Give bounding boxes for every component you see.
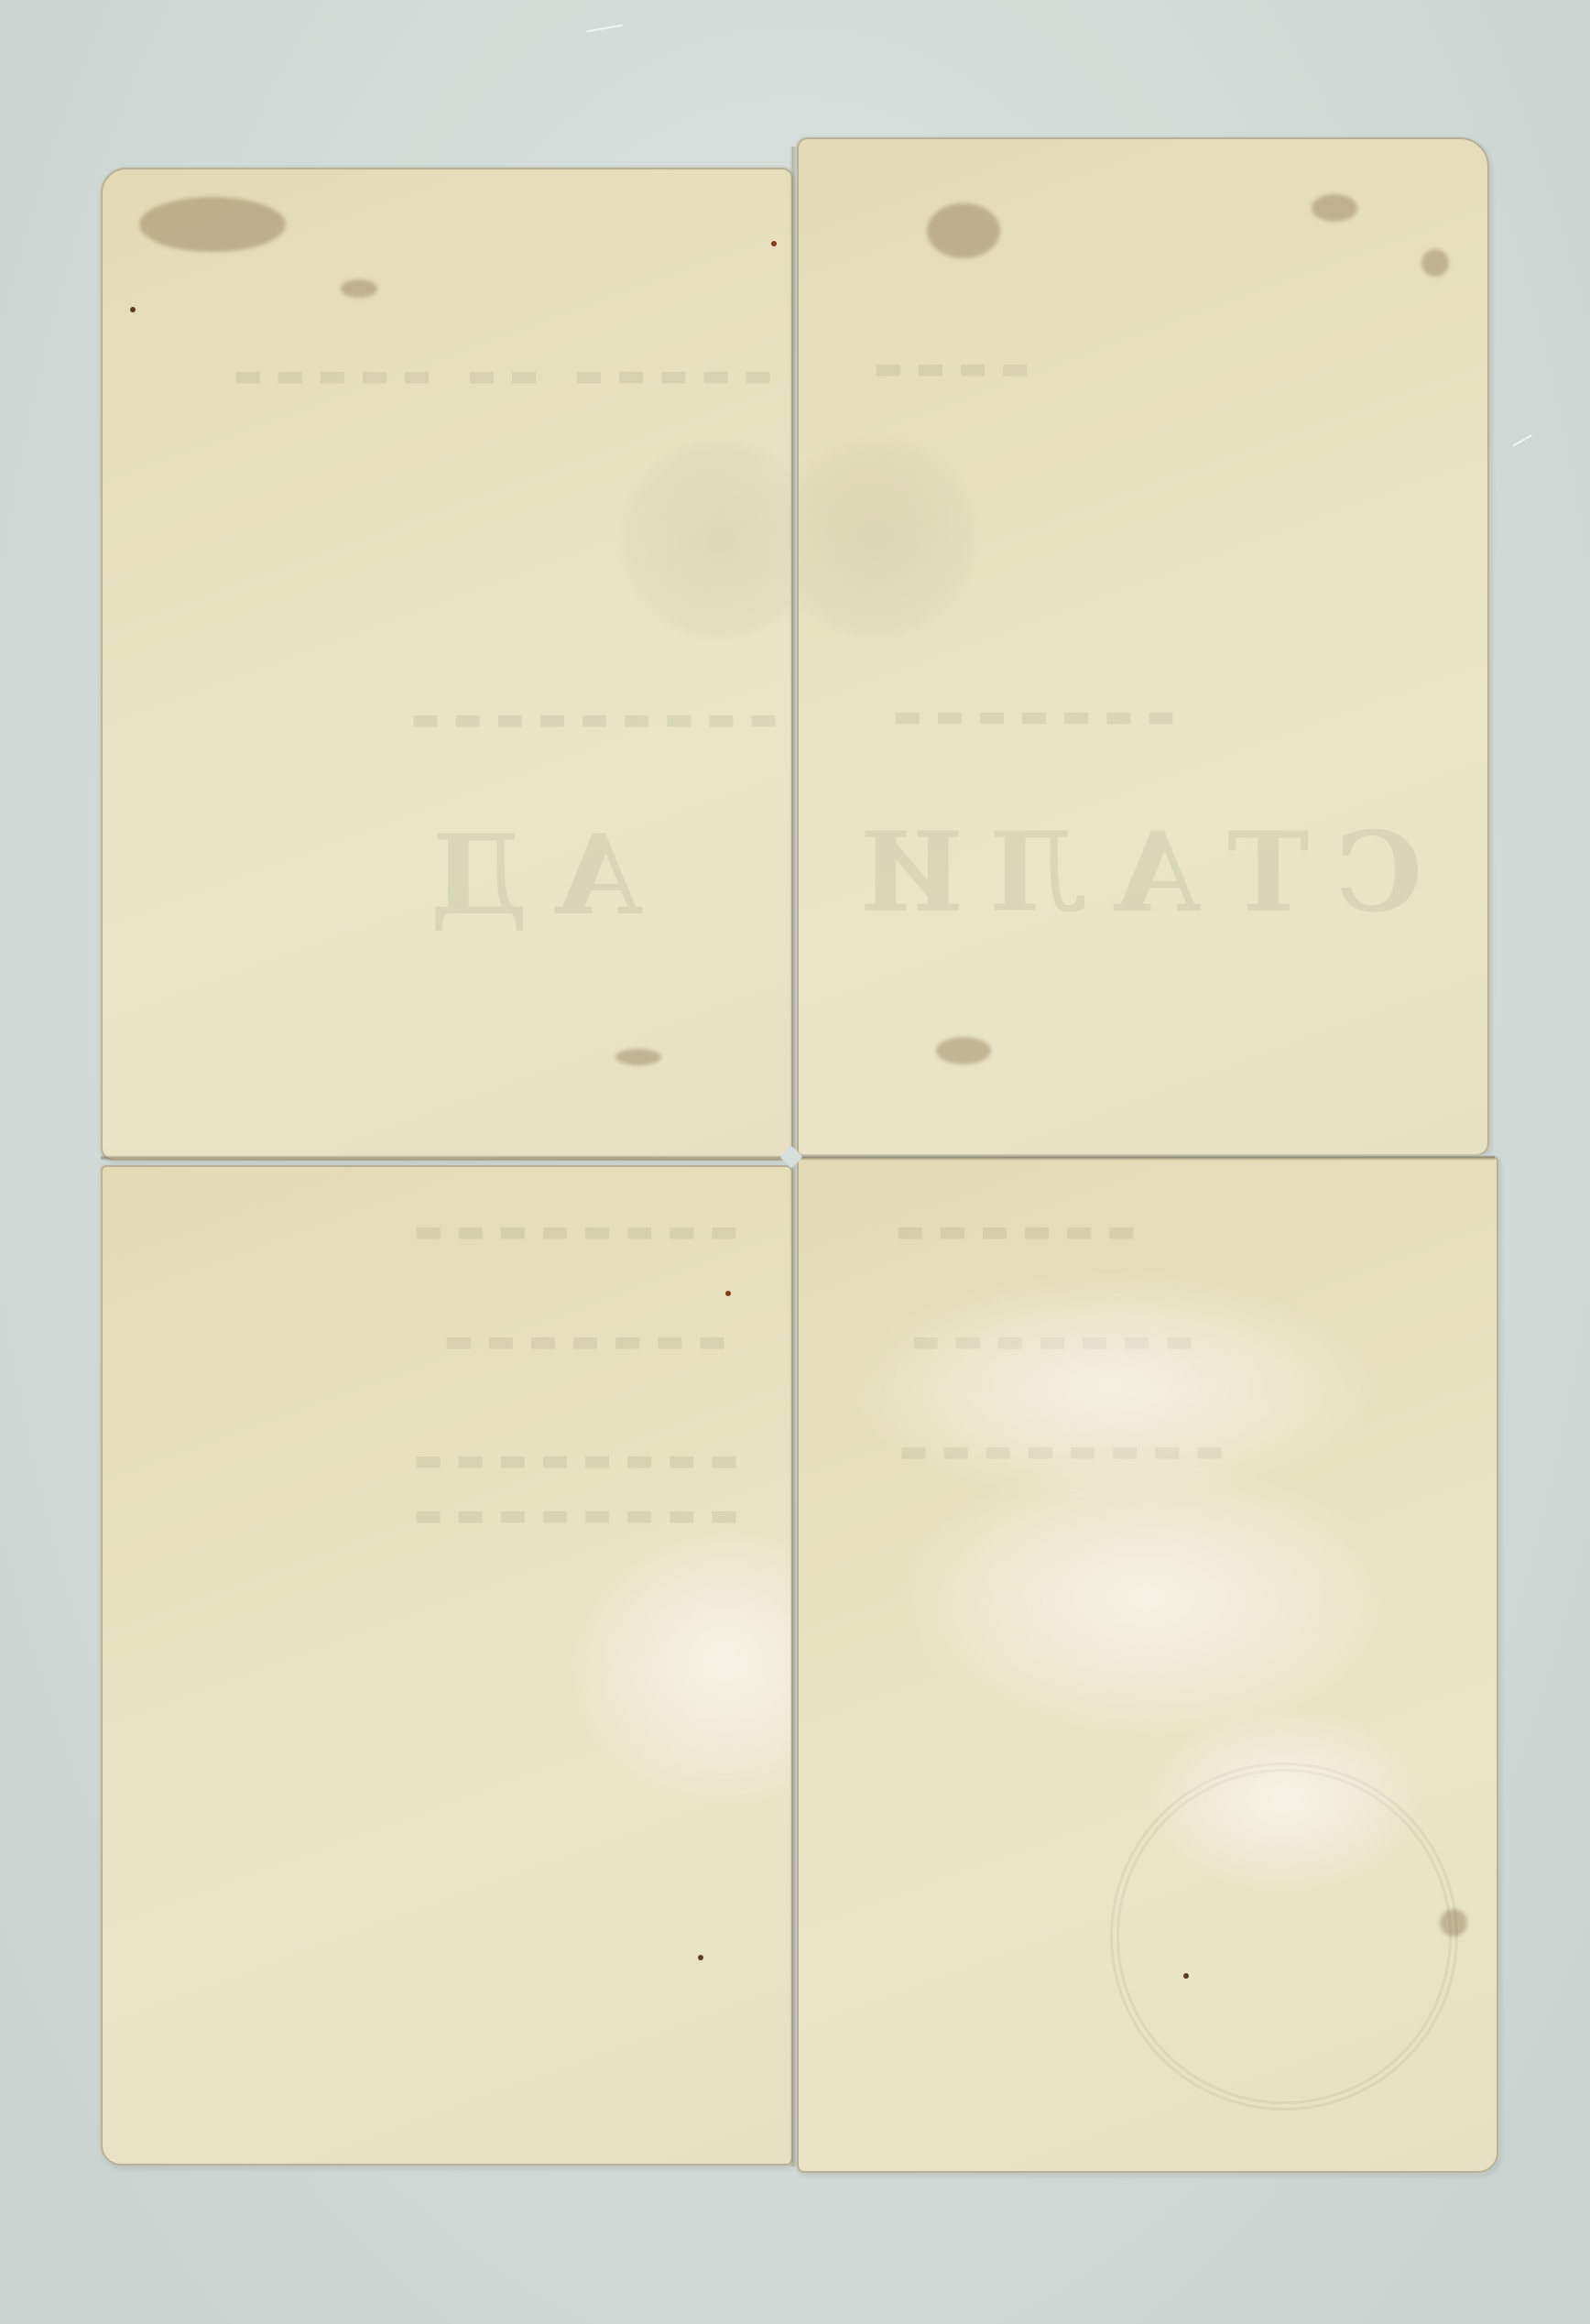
stain <box>936 1037 991 1064</box>
stain <box>1421 249 1449 277</box>
glare <box>1147 1708 1421 1891</box>
stain <box>139 197 286 252</box>
show-through-emblem <box>615 435 793 646</box>
show-through-text: ▬▬▬▬▬▬▬▬▬ <box>377 701 793 737</box>
show-through-text: ▬▬▬▬▬▬ <box>817 1213 1202 1249</box>
spot <box>771 241 777 246</box>
document-panel-bottom-left: ▬▬▬▬▬▬▬▬ ▬▬▬▬▬▬▬ ▬▬▬▬▬▬▬▬ ▬▬▬▬▬▬▬▬ <box>101 1165 793 2166</box>
show-through-text: ▬▬▬▬▬▬▬ <box>359 1323 793 1359</box>
surface-scratch <box>586 25 623 33</box>
spot <box>1183 1973 1189 1979</box>
show-through-text: СТАЛИ <box>808 808 1449 937</box>
show-through-text: ▬▬▬▬▬ ▬▬ ▬▬▬▬▬ <box>212 357 780 394</box>
show-through-text: ▬▬▬▬ <box>817 350 1073 387</box>
stain <box>341 279 377 298</box>
show-through-text: ▬▬▬▬▬▬▬▬ <box>341 1213 793 1249</box>
surface-scratch <box>1512 434 1532 447</box>
document-panel-top-right: ▬▬▬▬ ▬▬▬▬▬▬▬ СТАЛИ <box>797 137 1489 1156</box>
glare <box>890 1451 1403 1744</box>
stain <box>927 203 1000 258</box>
show-through-text: ▬▬▬▬▬▬▬ <box>817 698 1238 735</box>
document-panel-bottom-right: ▬▬▬▬▬▬ ▬▬▬▬▬▬▬ ▬▬▬▬▬▬▬▬ <box>797 1156 1498 2173</box>
spot <box>130 307 136 312</box>
show-through-emblem <box>797 432 982 643</box>
photo-scene: ▬▬▬▬▬ ▬▬ ▬▬▬▬▬ ▬▬▬▬▬▬▬▬▬ АД ▬▬▬▬ ▬▬▬▬▬▬▬… <box>0 0 1590 2324</box>
stain <box>1312 194 1357 222</box>
spot <box>698 1955 703 1960</box>
show-through-text: АД <box>249 811 793 940</box>
spot <box>725 1291 731 1296</box>
show-through-text: ▬▬▬▬▬▬▬▬ <box>341 1442 793 1478</box>
stain <box>1440 1909 1467 1937</box>
stain <box>615 1049 661 1065</box>
document-panel-top-left: ▬▬▬▬▬ ▬▬ ▬▬▬▬▬ ▬▬▬▬▬▬▬▬▬ АД <box>101 168 793 1161</box>
glare <box>561 1515 793 1808</box>
